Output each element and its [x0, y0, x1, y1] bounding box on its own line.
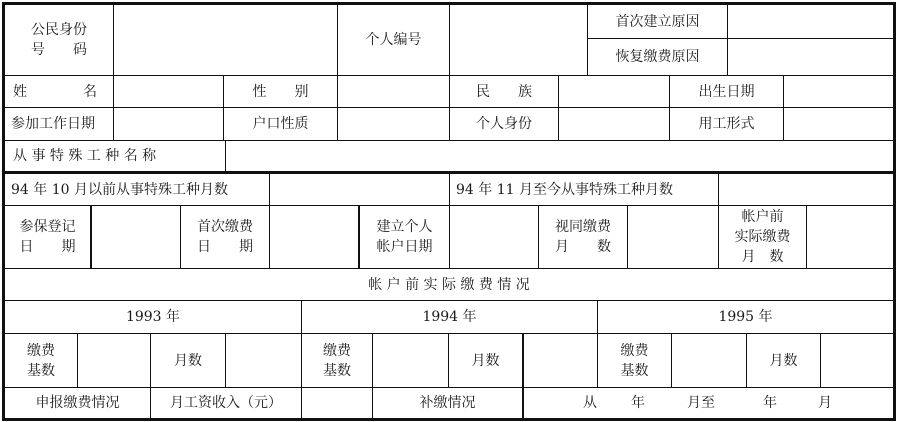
year-1995-header: 1995 年 — [598, 301, 893, 333]
identity-label: 个人身份 — [450, 108, 558, 140]
employment-type-field[interactable] — [784, 108, 893, 140]
birth-date-field[interactable] — [784, 76, 893, 107]
months-1993-field[interactable] — [226, 334, 301, 387]
section-title: 帐 户 前 实 际 缴 费 情 况 — [5, 269, 893, 300]
year-1994-header: 1994 年 — [302, 301, 597, 333]
id-number-field[interactable] — [114, 5, 337, 75]
base-1994-label: 缴费 基数 — [302, 334, 372, 387]
birth-date-label: 出生日期 — [670, 76, 783, 107]
name-label: 姓 名 — [5, 76, 113, 107]
base-1995-label: 缴费 基数 — [598, 334, 671, 387]
months-1995-label: 月数 — [747, 334, 820, 387]
account-date-label: 建立个人 帐户日期 — [360, 206, 449, 268]
first-reason-label: 首次建立原因 — [588, 5, 727, 38]
base-1993-field[interactable] — [78, 334, 150, 387]
ethnicity-label: 民 族 — [450, 76, 558, 107]
months-1995-field[interactable] — [821, 334, 893, 387]
gender-field[interactable] — [338, 76, 449, 107]
special-job-name-field[interactable] — [226, 141, 893, 171]
first-reason-field[interactable] — [728, 5, 893, 38]
border-bottom — [2, 418, 896, 421]
base-1994-field[interactable] — [373, 334, 448, 387]
year-1993-header: 1993 年 — [5, 301, 301, 333]
name-field[interactable] — [114, 76, 223, 107]
id-number-label: 公民身份 号 码 — [5, 5, 113, 75]
period-from-text: 从 — [580, 388, 600, 418]
first-payment-date-label: 首次缴费 日 期 — [181, 206, 269, 268]
months-before-field[interactable] — [270, 174, 449, 205]
personal-number-label: 个人编号 — [338, 5, 449, 75]
resume-reason-field[interactable] — [728, 39, 893, 75]
first-payment-date-field[interactable] — [270, 206, 358, 268]
base-1993-label: 缴费 基数 — [5, 334, 77, 387]
account-date-field[interactable] — [450, 206, 538, 268]
border-right — [893, 2, 896, 421]
actual-months-field[interactable] — [807, 206, 893, 268]
months-1994-label: 月数 — [449, 334, 522, 387]
registration-date-field[interactable] — [92, 206, 180, 268]
period-year1-text: 年 — [628, 388, 648, 418]
monthly-wage-field[interactable] — [302, 388, 372, 418]
monthly-wage-label: 月工资收入（元） — [151, 388, 301, 418]
actual-months-label: 帐户前 实际缴费 月 数 — [719, 206, 806, 268]
base-1995-field[interactable] — [672, 334, 746, 387]
personal-number-field[interactable] — [450, 5, 587, 75]
months-after-label: 94 年 11 月至今从事特殊工种月数 — [450, 174, 718, 205]
deemed-months-label: 视同缴费 月 数 — [539, 206, 627, 268]
period-month-text: 月 — [815, 388, 835, 418]
special-job-name-label: 从 事 特 殊 工 种 名 称 — [5, 141, 225, 171]
hukou-type-field[interactable] — [338, 108, 449, 140]
months-before-label: 94 年 10 月以前从事特殊工种月数 — [5, 174, 269, 205]
months-1993-label: 月数 — [151, 334, 225, 387]
ethnicity-field[interactable] — [559, 76, 669, 107]
identity-field[interactable] — [559, 108, 669, 140]
supplement-label: 补缴情况 — [373, 388, 522, 418]
period-month-to-text: 月至 — [684, 388, 718, 418]
resume-reason-label: 恢复缴费原因 — [588, 39, 727, 75]
period-year2-text: 年 — [760, 388, 780, 418]
employment-type-label: 用工形式 — [670, 108, 783, 140]
deemed-months-field[interactable] — [628, 206, 718, 268]
registration-date-label: 参保登记 日 期 — [5, 206, 90, 268]
work-start-date-field[interactable] — [114, 108, 223, 140]
declare-payment-label: 申报缴费情况 — [5, 388, 150, 418]
hukou-type-label: 户口性质 — [224, 108, 337, 140]
months-after-field[interactable] — [719, 174, 893, 205]
months-1994-field[interactable] — [524, 334, 597, 387]
insurance-registration-form: 公民身份 号 码 个人编号 首次建立原因 恢复缴费原因 姓 名 性 别 民 族 … — [0, 0, 897, 422]
work-start-date-label: 参加工作日期 — [5, 108, 113, 140]
gender-label: 性 别 — [224, 76, 337, 107]
